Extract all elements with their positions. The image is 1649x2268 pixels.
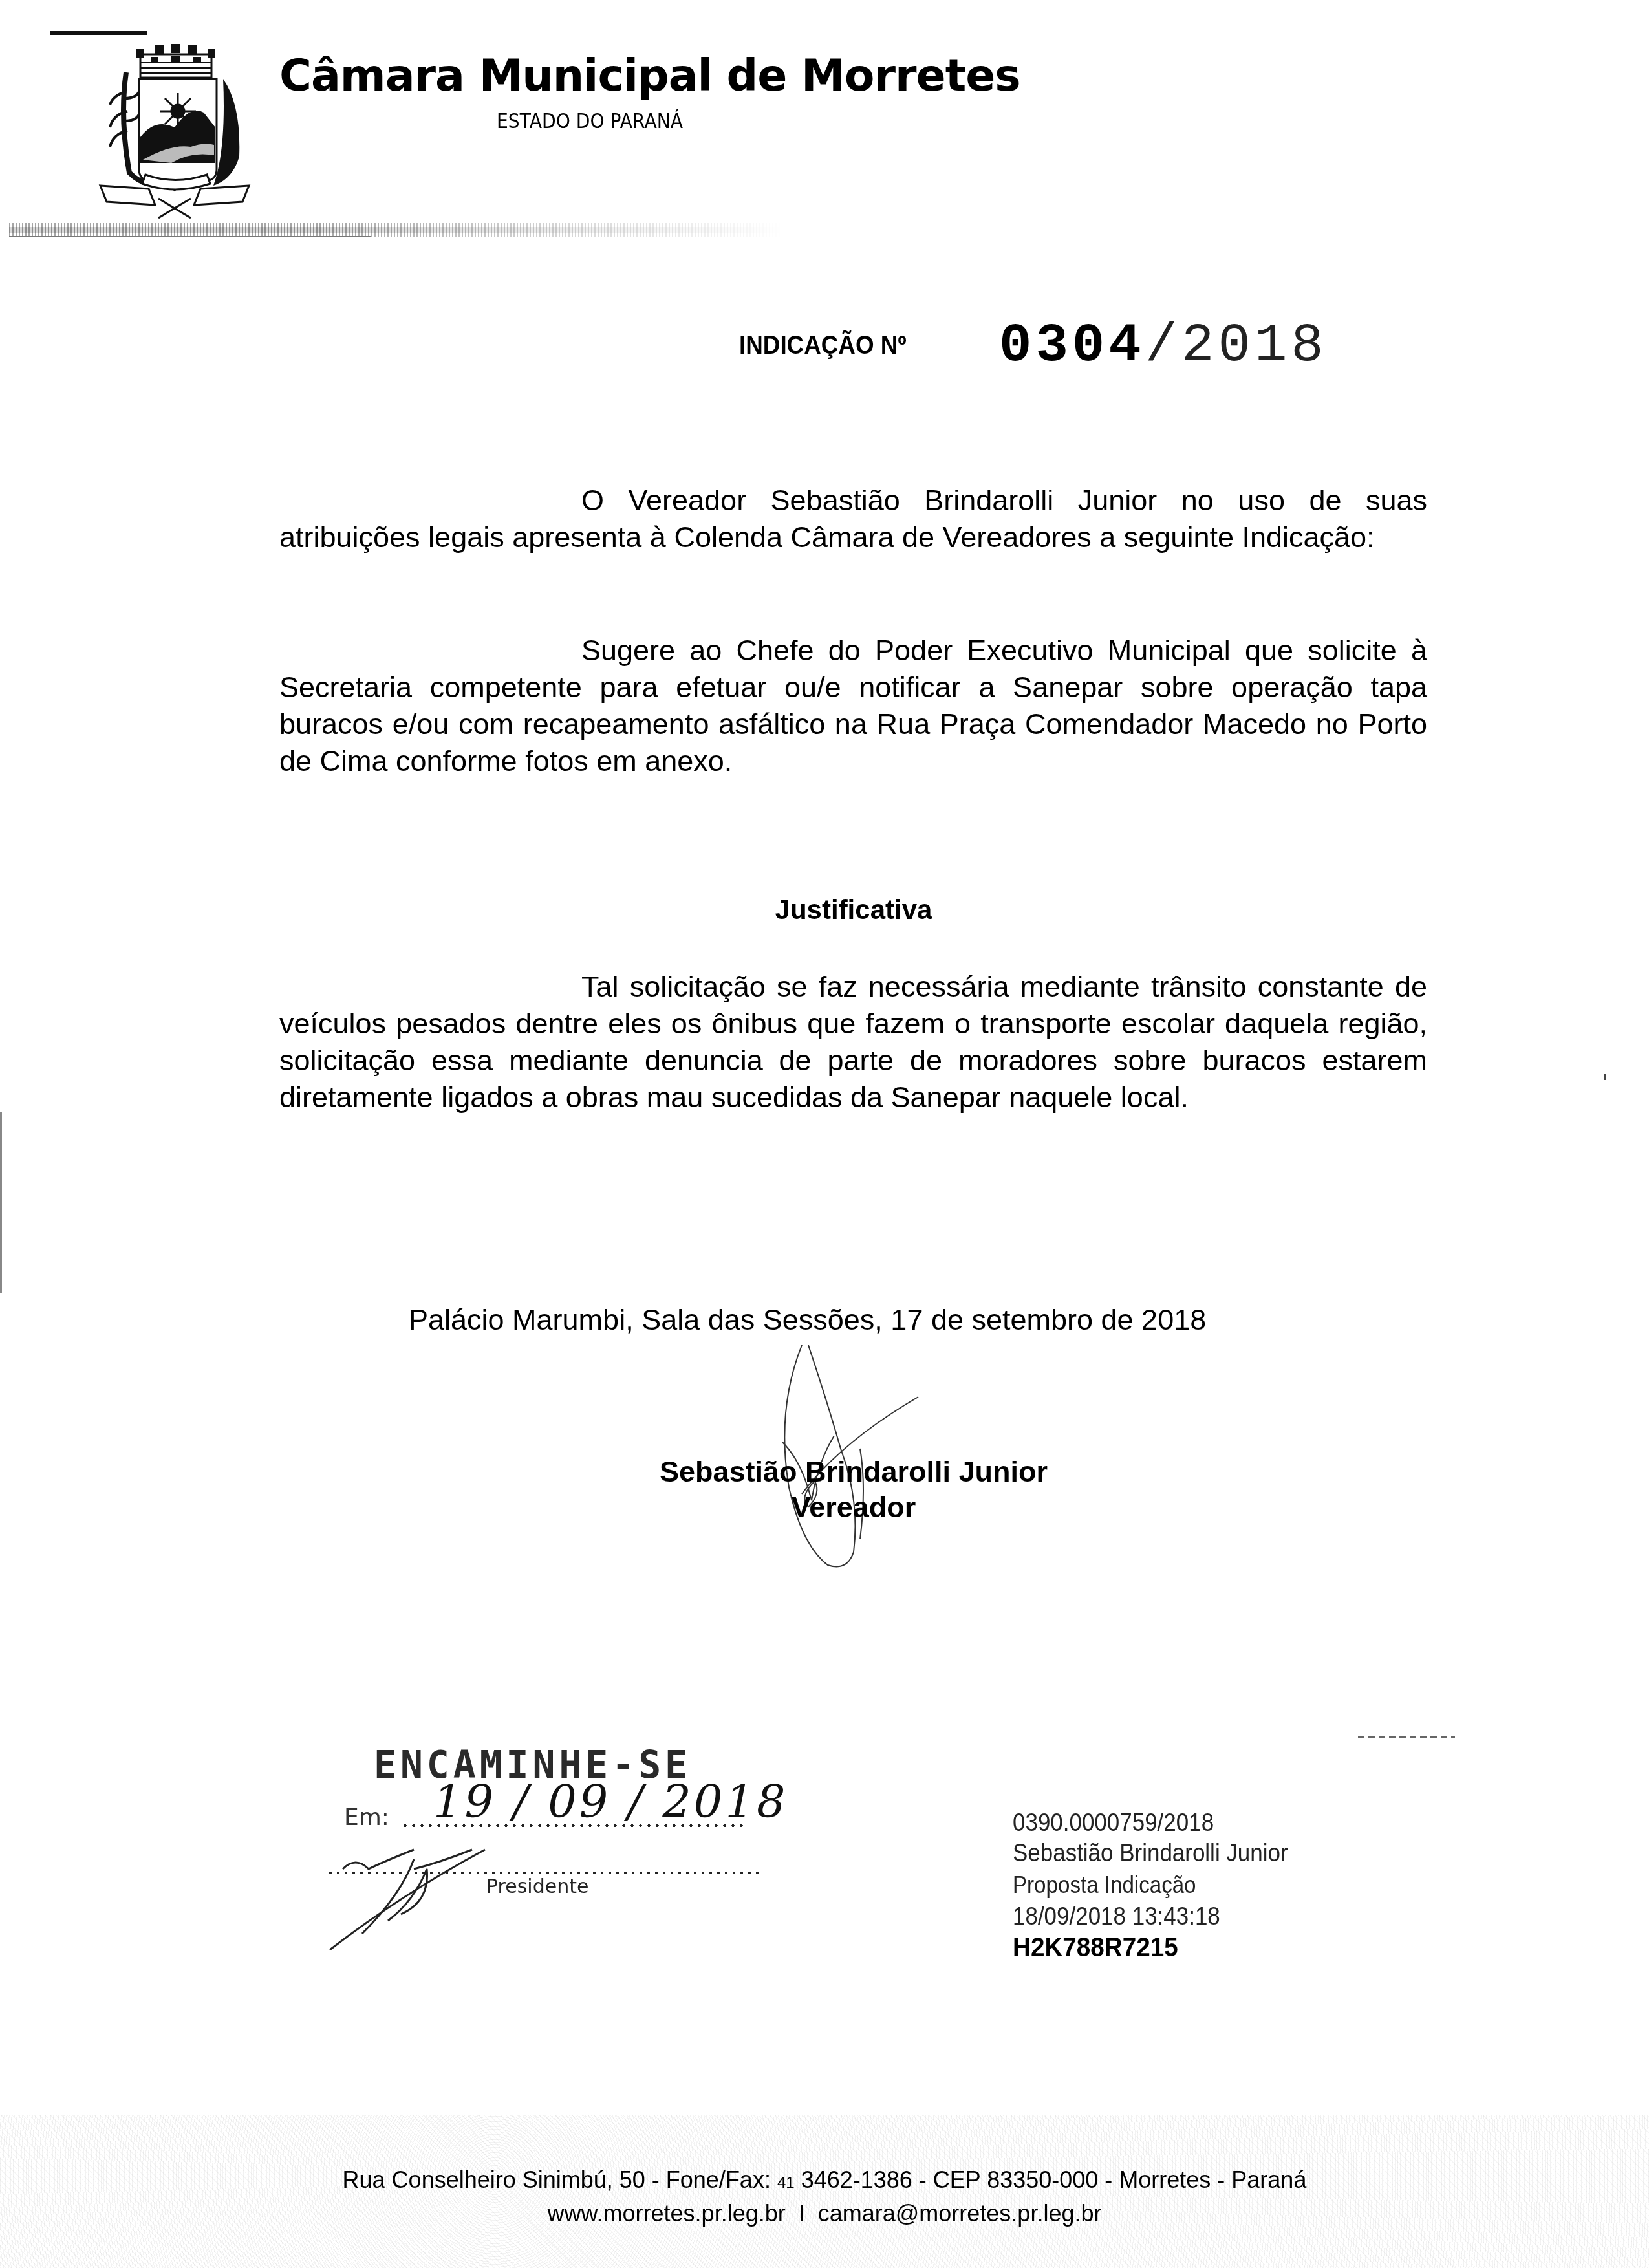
president-signature	[323, 1824, 569, 1953]
signer-role: Vereador	[0, 1491, 1649, 1524]
footer-contacts: www.morretes.pr.leg.br I camara@morretes…	[0, 2200, 1649, 2227]
indication-number: 0304/2018	[999, 316, 1328, 377]
scan-dot	[1604, 1074, 1606, 1080]
footer-address-prefix: Rua Conselheiro Sinimbú, 50 - Fone/Fax:	[343, 2166, 771, 2193]
intro-paragraph-text: O Vereador Sebastião Brindarolli Junior …	[279, 484, 1427, 554]
indication-number-year: 2018	[1181, 316, 1328, 377]
scan-dash	[1358, 1736, 1455, 1738]
protocol-timestamp: 18/09/2018 13:43:18	[1013, 1905, 1220, 1929]
request-paragraph: Sugere ao Chefe do Poder Executivo Munic…	[279, 632, 1427, 779]
header-divider-line	[9, 236, 371, 237]
protocol-author: Sebastião Brindarolli Junior	[1013, 1841, 1288, 1866]
scan-edge-mark	[0, 1112, 2, 1293]
justification-paragraph-text: Tal solicitação se faz necessária median…	[279, 970, 1427, 1114]
indication-label: INDICAÇÃO Nº	[739, 331, 907, 360]
institution-title: Câmara Municipal de Morretes	[279, 50, 1020, 102]
footer-area-code: 41	[777, 2174, 795, 2192]
scan-mark	[50, 31, 147, 35]
coat-of-arms-icon	[94, 40, 255, 221]
footer-email-link[interactable]: camara@morretes.pr.leg.br	[818, 2200, 1102, 2227]
justification-paragraph: Tal solicitação se faz necessária median…	[279, 968, 1427, 1116]
footer-address: Rua Conselheiro Sinimbú, 50 - Fone/Fax: …	[0, 2166, 1649, 2194]
protocol-number: 0390.0000759/2018	[1013, 1811, 1214, 1835]
footer-website-link[interactable]: www.morretes.pr.leg.br	[548, 2200, 786, 2227]
footer-divider: I	[799, 2200, 805, 2227]
indication-number-value: 0304	[999, 316, 1145, 377]
protocol-type: Proposta Indicação	[1013, 1874, 1196, 1897]
request-paragraph-text: Sugere ao Chefe do Poder Executivo Munic…	[279, 634, 1427, 777]
stamp-handwritten-date: 19 / 09 / 2018	[433, 1775, 788, 1828]
protocol-code: H2K788R7215	[1013, 1934, 1178, 1961]
justification-heading: Justificativa	[0, 894, 1649, 925]
intro-paragraph: O Vereador Sebastião Brindarolli Junior …	[279, 482, 1427, 556]
header-divider	[9, 223, 785, 237]
signer-name: Sebastião Brindarolli Junior	[0, 1455, 1649, 1489]
footer-address-suffix: 3462-1386 - CEP 83350-000 - Morretes - P…	[801, 2166, 1307, 2193]
state-subtitle: ESTADO DO PARANÁ	[497, 109, 683, 133]
indication-number-separator: /	[1145, 316, 1181, 377]
